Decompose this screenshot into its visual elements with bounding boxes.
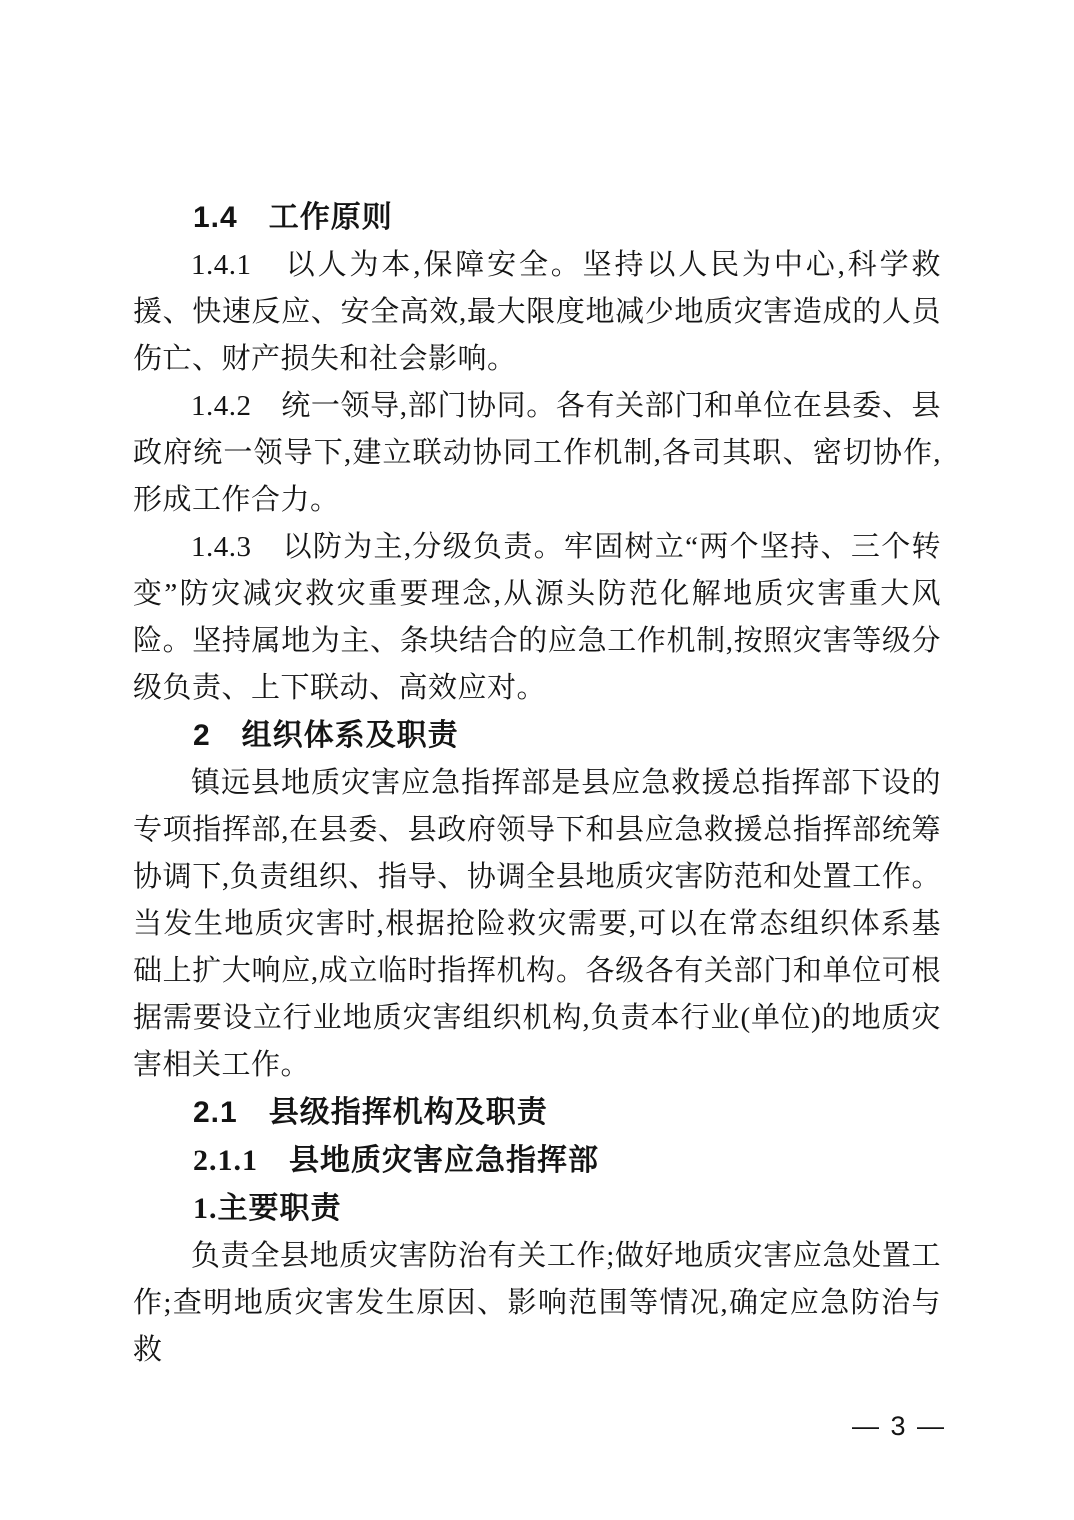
section-heading-1-4: 1.4 工作原则 (133, 194, 941, 242)
paragraph-1-4-1: 1.4.1 以人为本,保障安全。坚持以人民为中心,科学救援、快速反应、安全高效,… (133, 242, 941, 383)
section-heading-2: 2 组织体系及职责 (133, 712, 941, 760)
document-page: 1.4 工作原则 1.4.1 以人为本,保障安全。坚持以人民为中心,科学救援、快… (0, 0, 1074, 1520)
section-heading-2-1: 2.1 县级指挥机构及职责 (133, 1089, 941, 1137)
paragraph-2-intro: 镇远县地质灾害应急指挥部是县应急救援总指挥部下设的专项指挥部,在县委、县政府领导… (133, 760, 941, 1089)
page-number: — 3 — (852, 1406, 946, 1446)
paragraph-main-duties: 负责全县地质灾害防治有关工作;做好地质灾害应急处置工作;查明地质灾害发生原因、影… (133, 1233, 941, 1374)
paragraph-1-4-3: 1.4.3 以防为主,分级负责。牢固树立“两个坚持、三个转变”防灾减灾救灾重要理… (133, 524, 941, 712)
paragraph-1-4-2: 1.4.2 统一领导,部门协同。各有关部门和单位在县委、县政府统一领导下,建立联… (133, 383, 941, 524)
section-heading-2-1-1: 2.1.1 县地质灾害应急指挥部 (133, 1137, 941, 1185)
document-body: 1.4 工作原则 1.4.1 以人为本,保障安全。坚持以人民为中心,科学救援、快… (133, 194, 941, 1374)
subheading-main-duties: 1.主要职责 (133, 1185, 941, 1233)
